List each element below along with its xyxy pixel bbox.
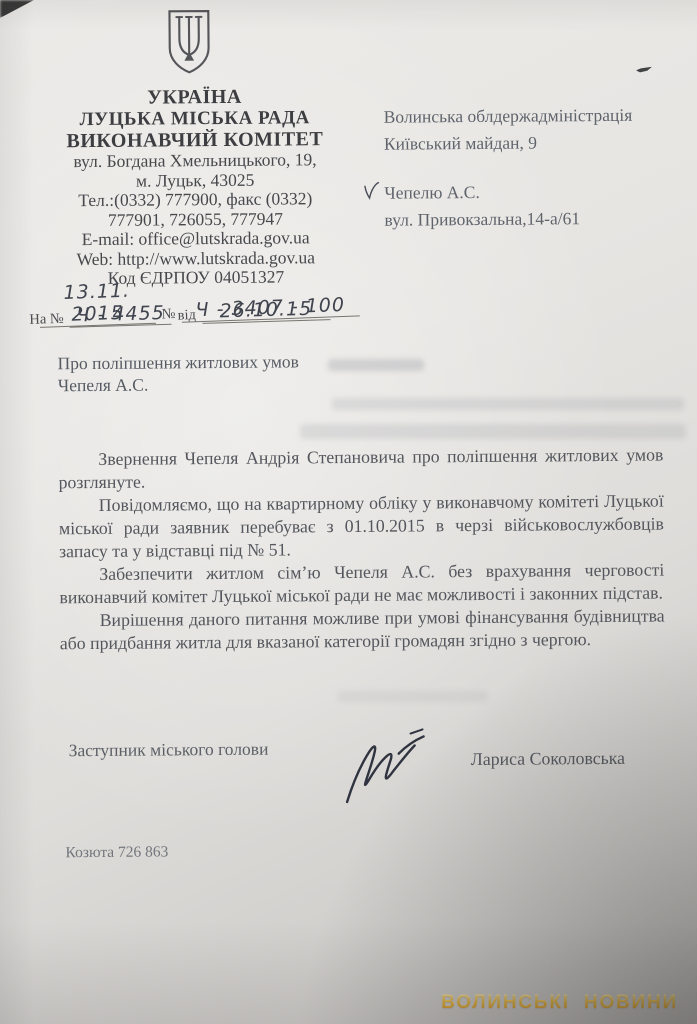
addressee-person: Чепелю А.С.	[384, 177, 684, 206]
letterhead-phone-line1: Тел.:(0332) 777900, факс (0332)	[31, 189, 359, 211]
letterhead-country: УКРАЇНА	[30, 86, 358, 110]
addressee-org-address: Київський майдан, 9	[384, 128, 684, 157]
on-number-label: На №	[29, 311, 64, 329]
incoming-number-handwritten: Ч - 4455	[69, 302, 172, 328]
letterhead-org-line1: ЛУЦЬКА МІСЬКА РАДА	[31, 107, 359, 131]
checkmark-icon	[362, 181, 380, 201]
vid-label: від	[177, 307, 196, 325]
letterhead-phone-line2: 777901, 726055, 777947	[31, 208, 359, 230]
body-paragraph-2: Повідомляємо, що на квартирному обліку у…	[59, 490, 665, 564]
addressee-block: Волинська облдержадміністрація Київський…	[384, 101, 685, 233]
addressee-person-name: Чепелю А.С.	[384, 182, 480, 203]
executor-line: Козюта 726 863	[65, 843, 168, 862]
addressee-person-address: вул. Привокзальна,14-а/61	[384, 204, 684, 233]
body-paragraph-4: Вирішення даного питання можливе при умо…	[60, 605, 665, 656]
subject-line2: Чепеля А.С.	[58, 372, 299, 396]
subject-block: Про поліпшення житлових умов Чепеля А.С.	[58, 350, 300, 396]
signatory-title: Заступник міського голови	[69, 739, 269, 762]
signatory-name: Лариса Соколовська	[471, 748, 625, 770]
coat-of-arms-icon	[166, 9, 213, 75]
incoming-date-handwritten: 26.10.15	[202, 297, 331, 324]
subject-line1: Про поліпшення житлових умов	[58, 350, 299, 374]
letterhead-web: Web: http://www.lutskrada.gov.ua	[32, 247, 360, 269]
body-paragraph-3: Забезпечити житлом сім’ю Чепеля А.С. без…	[59, 559, 664, 610]
letter-body: Звернення Чепеля Андрія Степановича про …	[58, 444, 665, 656]
scanned-letter-photo: УКРАЇНА ЛУЦЬКА МІСЬКА РАДА ВИКОНАВЧИЙ КО…	[0, 0, 697, 1024]
addressee-org: Волинська облдержадміністрація	[384, 101, 684, 130]
body-paragraph-1: Звернення Чепеля Андрія Степановича про …	[58, 444, 663, 495]
news-agency-watermark: ВОЛИНСЬКІ НОВИНИ	[441, 992, 678, 1014]
letterhead: УКРАЇНА ЛУЦЬКА МІСЬКА РАДА ВИКОНАВЧИЙ КО…	[30, 86, 360, 289]
handwritten-signature	[330, 721, 441, 817]
letter-content: УКРАЇНА ЛУЦЬКА МІСЬКА РАДА ВИКОНАВЧИЙ КО…	[0, 0, 697, 1024]
letterhead-address-line1: вул. Богдана Хмельницького, 19,	[31, 150, 359, 172]
